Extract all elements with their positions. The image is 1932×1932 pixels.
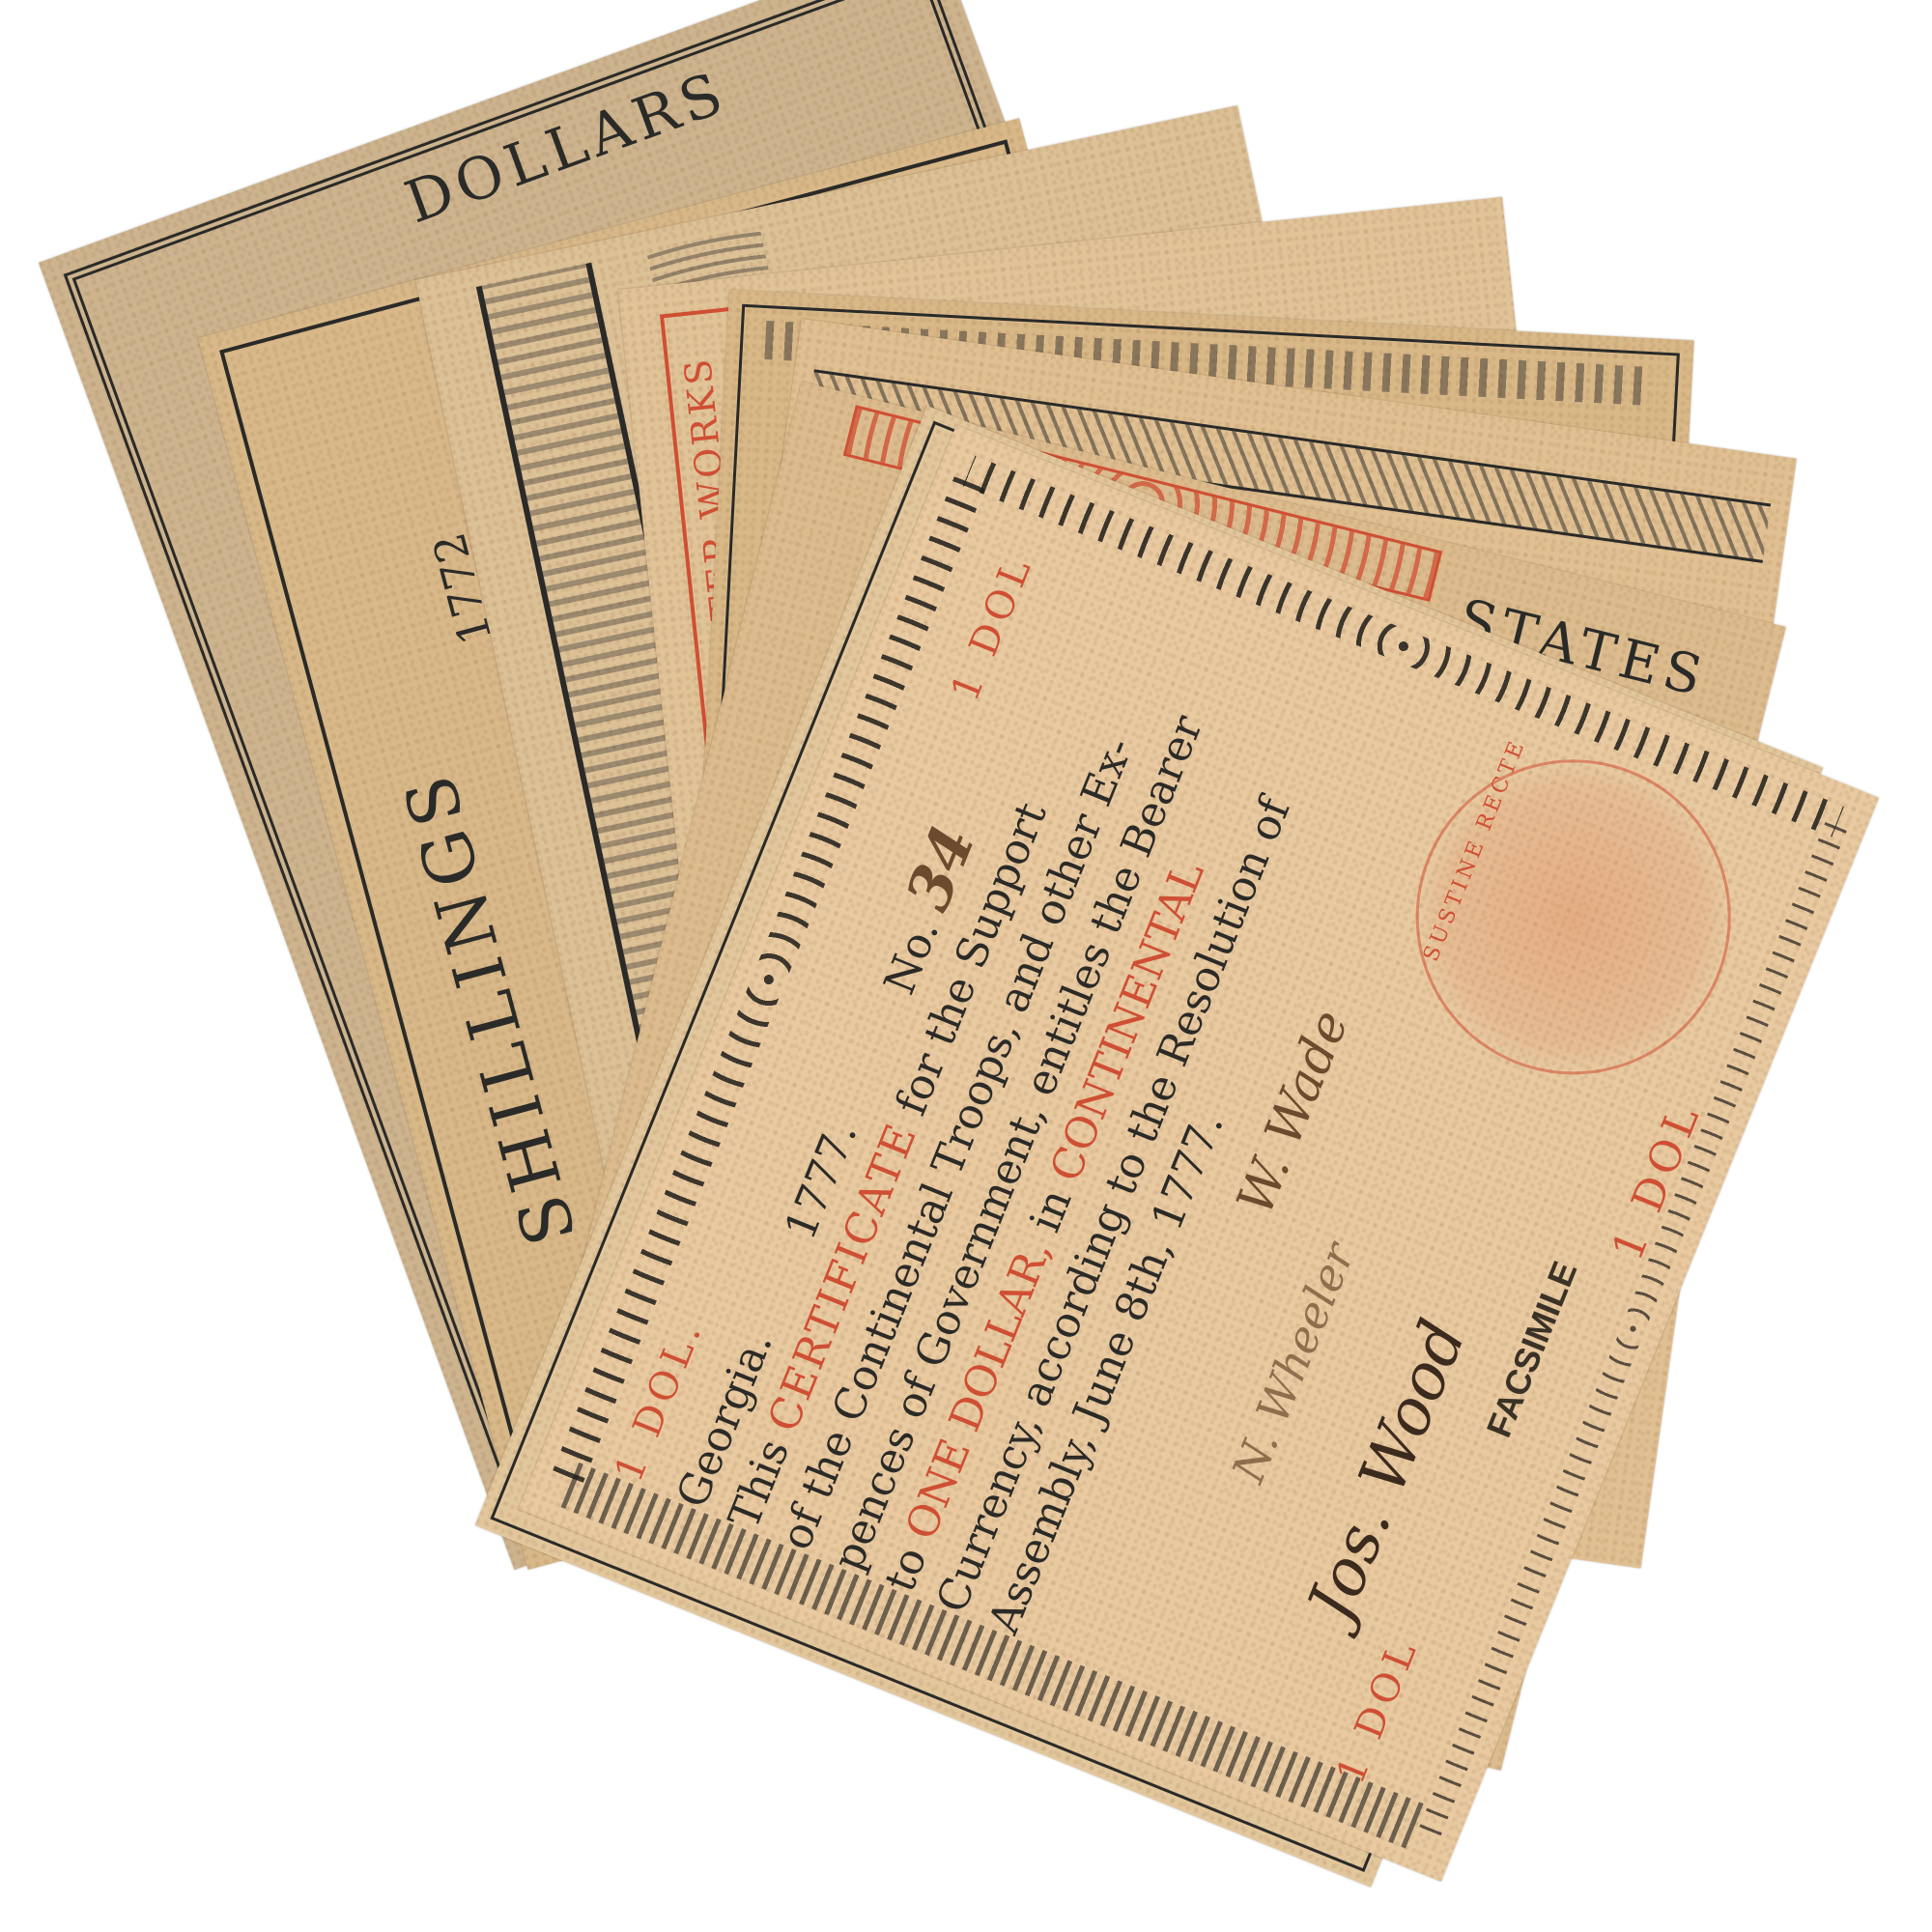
currency-stack: DOLLARS U.S. SHILLINGS 1772 WATER WORKS …	[0, 0, 1932, 1932]
